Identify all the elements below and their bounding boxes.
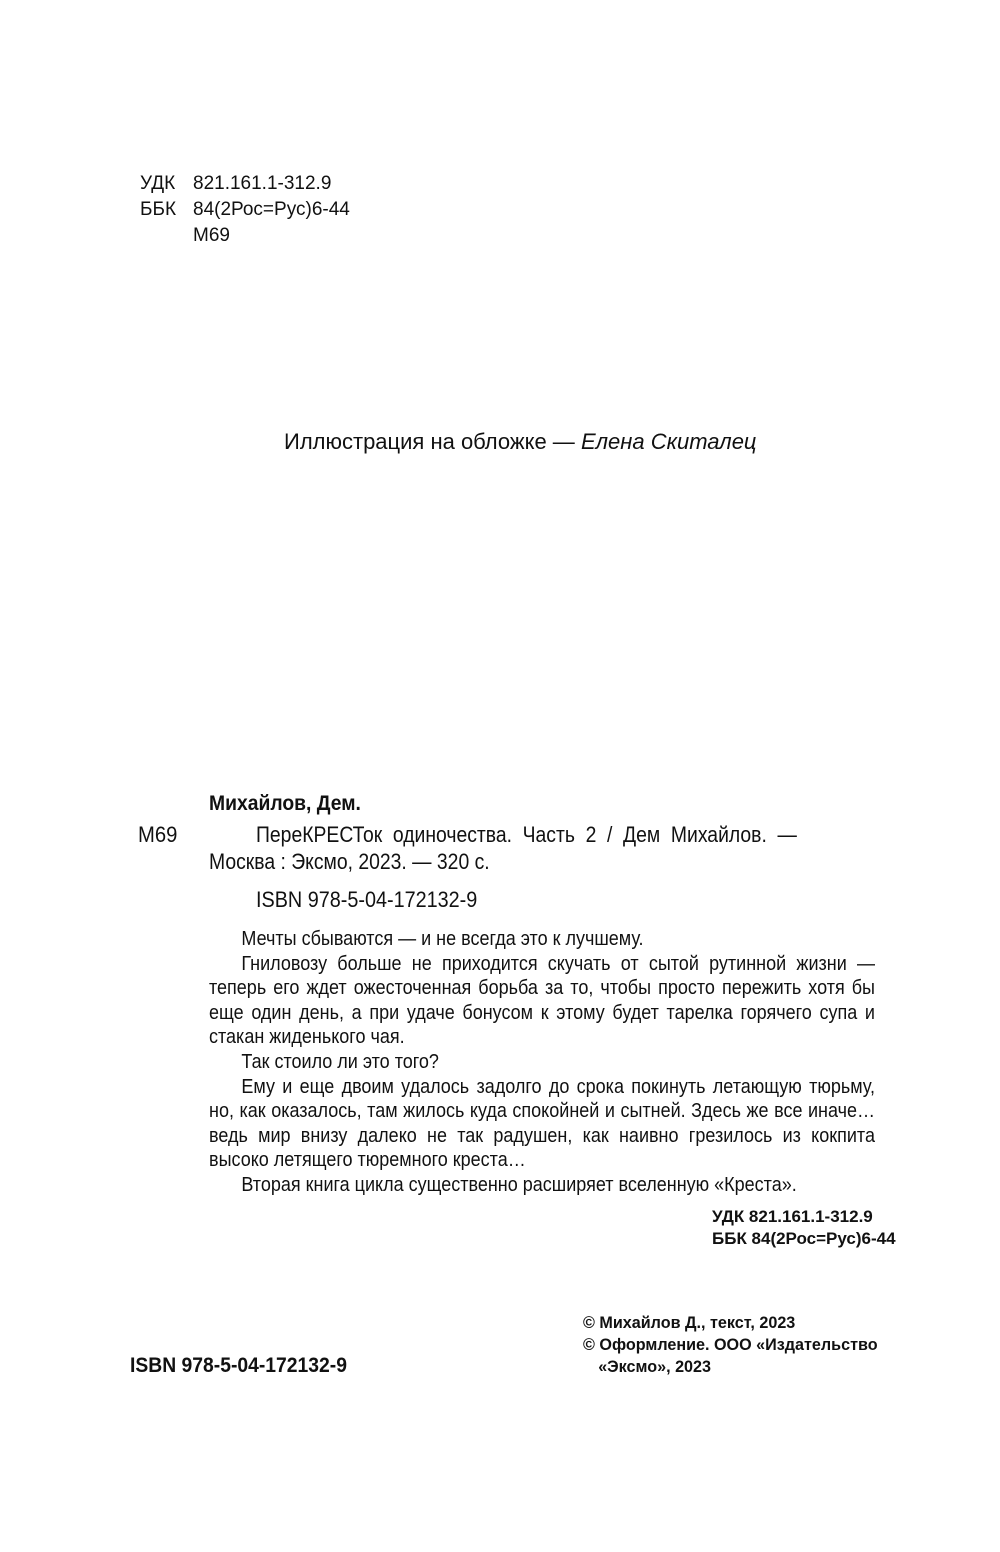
isbn-footer: ISBN 978-5-04-172132-9 <box>130 1354 347 1378</box>
author-mark-row: М69 <box>140 223 400 249</box>
annotation-paragraph: Так стоило ли это того? <box>209 1050 875 1075</box>
illustration-credit-label: Иллюстрация на обложке — <box>284 429 575 454</box>
udk-bottom: УДК 821.161.1-312.9 <box>712 1206 896 1228</box>
annotation-paragraph: Гниловозу больше не приходится скучать о… <box>209 952 875 1050</box>
annotation-paragraph: Мечты сбываются — и не всегда это к лучш… <box>209 927 875 952</box>
isbn-entry: ISBN 978-5-04-172132-9 <box>256 887 477 913</box>
annotation: Мечты сбываются — и не всегда это к лучш… <box>209 927 875 1198</box>
classification-block-top: УДК 821.161.1-312.9 ББК 84(2Рос=Рус)6-44… <box>140 171 400 251</box>
annotation-paragraph: Вторая книга цикла существенно расширяет… <box>209 1173 875 1198</box>
illustration-artist: Елена Скиталец <box>581 429 757 454</box>
udk-value: 821.161.1-312.9 <box>193 171 331 197</box>
copyright-line-design: © Оформление. ООО «Издательство <box>583 1334 878 1356</box>
bbk-row: ББК 84(2Рос=Рус)6-44 <box>140 197 400 223</box>
udk-label: УДК <box>140 171 175 197</box>
author-mark-entry: М69 <box>138 822 177 848</box>
copyright-block: © Михайлов Д., текст, 2023 © Оформление.… <box>583 1312 878 1378</box>
copyright-line-publisher: «Эксмо», 2023 <box>583 1356 878 1378</box>
bbk-bottom: ББК 84(2Рос=Рус)6-44 <box>712 1228 896 1250</box>
annotation-paragraph: Ему и еще двоим удалось задолго до срока… <box>209 1075 875 1173</box>
udk-row: УДК 821.161.1-312.9 <box>140 171 400 197</box>
classification-block-bottom: УДК 821.161.1-312.9 ББК 84(2Рос=Рус)6-44 <box>712 1206 896 1250</box>
bbk-value: 84(2Рос=Рус)6-44 <box>193 197 350 223</box>
author-mark-top: М69 <box>193 223 230 249</box>
author-heading: Михайлов, Дем. <box>209 792 361 816</box>
copyright-line-text: © Михайлов Д., текст, 2023 <box>583 1312 878 1334</box>
bbk-label: ББК <box>140 197 176 223</box>
title-line: ПереКРЕСТок одиночества. Часть 2 / Дем М… <box>256 822 907 848</box>
imprint-line: Москва : Эксмо, 2023. — 320 с. <box>209 849 490 875</box>
illustration-credit: Иллюстрация на обложке — Елена Скиталец <box>284 429 757 455</box>
